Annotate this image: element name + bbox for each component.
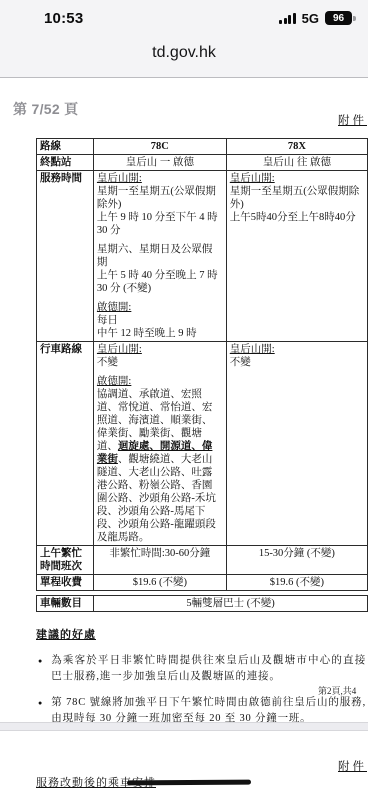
table-row-am-peak: 上午繁忙 時間班次 非繁忙時間:30-60分鐘 15-30分鐘 (不變) <box>37 546 368 575</box>
table-row-fare: 單程收費 $19.6 (不變) $19.6 (不變) <box>37 575 368 591</box>
routing-78c: 皇后山開: 不變 啟德開: 協調道、承啟道、宏照道、常悅道、常怡道、宏照道、海濱… <box>93 342 226 546</box>
fare-78c: $19.6 (不變) <box>93 575 226 591</box>
page-separator <box>0 722 368 731</box>
row-label: 終點站 <box>37 155 94 171</box>
fleet-value: 5輛雙層巴士 (不變) <box>94 596 368 612</box>
am-peak-78c: 非繁忙時間:30-60分鐘 <box>93 546 226 575</box>
weekday-line: 星期一至星期五(公眾假期除外) <box>230 185 364 211</box>
route-78c: 78C <box>93 139 226 155</box>
fare-78x: $19.6 (不變) <box>226 575 367 591</box>
daily-time: 中午 12 時至晚上 9 時 <box>97 327 223 340</box>
pdf-document-page-1: 附件 路線 78C 78X 終點站 皇后山 一 啟德 皇后山 往 啟德 服務時間… <box>0 110 368 726</box>
table-row-service-hours: 服務時間 皇后山開: 星期一至星期五(公眾假期除外) 上午 9 時 10 分至下… <box>37 171 368 342</box>
daily-line: 每日 <box>97 314 223 327</box>
table-row-routing: 行車路線 皇后山開: 不變 啟德開: 協調道、承啟道、宏照道、常悅道、常怡道、宏… <box>37 342 368 546</box>
row-label: 單程收費 <box>37 575 94 591</box>
routing-post: 、觀塘繞道、大老山隧道、大老山公路、吐露港公路、粉嶺公路、香園圍公路、沙頭角公路… <box>97 454 216 543</box>
appendix-label: 附件 <box>338 112 367 128</box>
fleet-table: 車輛數目 5輛雙層巴士 (不變) <box>36 595 368 612</box>
row-label: 路線 <box>37 139 94 155</box>
table-row-route: 路線 78C 78X <box>37 139 368 155</box>
row-label: 車輛數目 <box>37 596 94 612</box>
weekday-line: 星期一至星期五(公眾假期除外) <box>97 185 223 211</box>
row-label-line1: 上午繁忙 <box>40 547 90 560</box>
battery-percent: 96 <box>333 13 344 24</box>
route-comparison-table: 路線 78C 78X 終點站 皇后山 一 啟德 皇后山 往 啟德 服務時間 皇后… <box>36 138 368 591</box>
bullet-icon: ● <box>38 654 42 684</box>
appendix-label: 附件 <box>338 758 367 774</box>
unchanged-line: 不變 <box>230 356 364 369</box>
bullet-text: 為乘客於平日非繁忙時間提供往來皇后山及觀塘市中心的直接巴士服務,進一步加強皇后山… <box>51 653 366 684</box>
weekend-time: 上午 5 時 40 分至晚上 7 時 30 分 (不變) <box>97 269 223 295</box>
browser-top-chrome: 10:53 5G 96 td.gov.hk <box>0 0 368 78</box>
table-row-fleet: 車輛數目 5輛雙層巴士 (不變) <box>37 596 368 612</box>
clock: 10:53 <box>44 10 83 27</box>
phone-screen: 10:53 5G 96 td.gov.hk 第 7/52 頁 附件 路線 78C <box>0 0 368 800</box>
terminus-78x: 皇后山 往 啟德 <box>226 155 367 171</box>
routing-78x: 皇后山開: 不變 <box>226 342 367 546</box>
status-right-cluster: 5G 96 <box>279 11 352 26</box>
cellular-signal-icon <box>279 13 296 24</box>
weekday-time: 上午5時40分至上午8時40分 <box>230 211 364 224</box>
weekday-time: 上午 9 時 10 分至下午 4 時 30 分 <box>97 211 223 237</box>
table-row-terminus: 終點站 皇后山 一 啟德 皇后山 往 啟德 <box>37 155 368 171</box>
routing-paragraph: 協調道、承啟道、宏照道、常悅道、常怡道、宏照道、海濱道、順業街、偉業街、勵業街、… <box>97 388 223 544</box>
page-number-footer: 第2頁,共4 <box>318 684 356 697</box>
queens-hill-heading: 皇后山開: <box>97 172 223 185</box>
kai-tak-heading: 啟德開: <box>97 301 223 314</box>
battery-icon: 96 <box>325 11 352 25</box>
unchanged-line: 不變 <box>97 356 223 369</box>
battery-nub <box>353 16 356 21</box>
network-type-label: 5G <box>302 11 319 26</box>
address-bar[interactable]: td.gov.hk <box>0 44 368 62</box>
service-hours-78x: 皇后山開: 星期一至星期五(公眾假期除外) 上午5時40分至上午8時40分 <box>226 171 367 342</box>
row-label-line2: 時間班次 <box>40 560 90 573</box>
row-label: 上午繁忙 時間班次 <box>37 546 94 575</box>
am-peak-78x: 15-30分鐘 (不變) <box>226 546 367 575</box>
status-bar: 10:53 5G 96 <box>44 9 352 27</box>
kai-tak-heading: 啟德開: <box>97 375 223 388</box>
benefits-heading: 建議的好處 <box>36 626 366 642</box>
redaction-marker-line <box>127 780 251 786</box>
row-label: 服務時間 <box>37 171 94 342</box>
queens-hill-heading: 皇后山開: <box>230 343 364 356</box>
list-item: ● 為乘客於平日非繁忙時間提供往來皇后山及觀塘市中心的直接巴士服務,進一步加強皇… <box>36 653 366 684</box>
row-label: 行車路線 <box>37 342 94 546</box>
service-hours-78c: 皇后山開: 星期一至星期五(公眾假期除外) 上午 9 時 10 分至下午 4 時… <box>93 171 226 342</box>
terminus-78c: 皇后山 一 啟德 <box>93 155 226 171</box>
queens-hill-heading: 皇后山開: <box>230 172 364 185</box>
route-78x: 78X <box>226 139 367 155</box>
queens-hill-heading: 皇后山開: <box>97 343 223 356</box>
benefits-section: 建議的好處 ● 為乘客於平日非繁忙時間提供往來皇后山及觀塘市中心的直接巴士服務,… <box>36 626 366 726</box>
weekend-line: 星期六、星期日及公眾假期 <box>97 243 223 269</box>
